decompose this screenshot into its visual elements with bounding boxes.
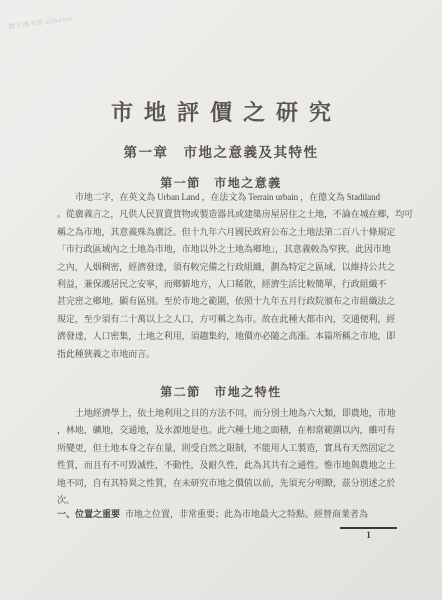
- paragraph-line: 之內，人烟稠密，經濟發達，須有較完備之行政組織，劃為特定之區域，以維持公共之: [57, 259, 397, 276]
- section-2-heading: 第二節 市地之特性: [0, 383, 442, 400]
- page-number: 1: [340, 530, 397, 540]
- list-item-heading: 一、位置之重要: [57, 509, 120, 519]
- book-title: 市地評價之研究: [0, 96, 442, 127]
- paragraph-line: 稱之為市地，其意義殊為廣泛。但十九年六月國民政府公布之土地法第二百八十條規定: [57, 224, 397, 241]
- paragraph-line: 所變更，但土地本身之存在量，則受自然之限制，不能用人工製造，實具有天然固定之: [57, 440, 397, 457]
- paragraph-line: 土地經濟學上，依土地利用之目的方法不同，而分別土地為六大類，即農地，市地: [57, 405, 397, 422]
- watermark: 数字图书馆 ulib.com: [8, 13, 73, 31]
- section-1-paragraph: 市地二字，在英文為 Urban Land ，在法文為 Terrain urbai…: [57, 189, 397, 363]
- paragraph-line: 指此種狹義之市地而言。: [57, 346, 397, 363]
- paragraph-line: 規定，至少須有二十萬以上之人口，方可稱之為市。故在此種大都市內，交通便利，經: [57, 311, 397, 328]
- paragraph-line: 性質，而且有不可毀滅性，不動性，及耐久性，此為其共有之通性。惟市地與農地之土: [57, 457, 397, 474]
- list-item: 一、位置之重要市地之位置，非常重要；此為市地最大之特點。經營商業者為: [57, 506, 397, 523]
- paragraph-line: 「市行政區域內之土地為市地，市地以外之土地為鄉地」，其意義較為窄狹。此因市地: [57, 241, 397, 258]
- paragraph-line: 甚完密之鄉地，顯有區別。至於市地之範圍，依照十九年五月行政院頒布之市組織法之: [57, 293, 397, 310]
- paragraph-line: ，林地，礦地，交通地，及水源地是也。此六種土地之面積，在相當範圍以內，雖可有: [57, 422, 397, 439]
- paragraph-line: 地不同，自有其特異之性質，在未研究市地之價值以前，先須充分明瞭，茲分別述之於: [57, 475, 397, 492]
- scanned-page: 数字图书馆 ulib.com 市地評價之研究 第一章 市地之意義及其特性 第一節…: [0, 0, 442, 600]
- section-2-paragraph: 土地經濟學上，依土地利用之目的方法不同，而分別土地為六大類，即農地，市地 ，林地…: [57, 405, 397, 509]
- chapter-heading: 第一章 市地之意義及其特性: [0, 141, 442, 161]
- paragraph-line: 利益，兼保護居民之安寧，而鄉僻地方，人口稀散，經濟生活比較簡單，行政組織不: [57, 276, 397, 293]
- paragraph-line: 市地二字，在英文為 Urban Land ，在法文為 Terrain urbai…: [57, 189, 397, 206]
- list-item-text: 市地之位置，非常重要；此為市地最大之特點。經營商業者為: [125, 509, 368, 519]
- paragraph-line: 。從廣義言之，凡供人民買賣貨物或製造器具或建築房屋居住之土地，不論在城在鄉，均可: [57, 206, 397, 223]
- footer-rule: [340, 527, 397, 529]
- paragraph-line: 濟發達，人口密集，土地之利用，須趨集約，地價亦必隨之高漲。本篇所稱之市地，即: [57, 328, 397, 345]
